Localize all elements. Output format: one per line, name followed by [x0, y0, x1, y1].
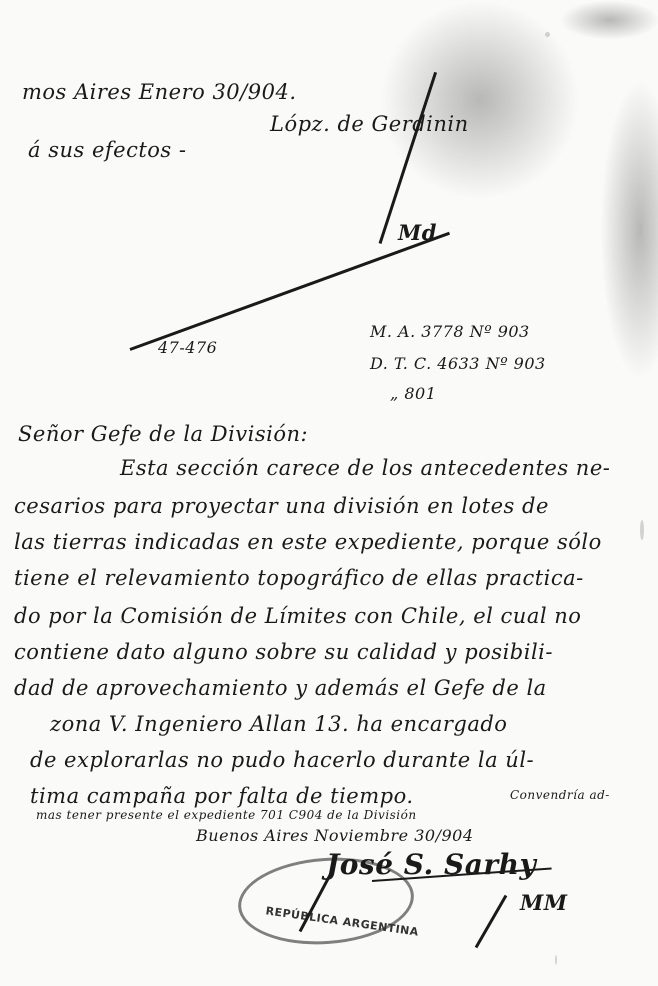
paper-stain	[560, 0, 658, 40]
document-page: mos Aires Enero 30/904. Lópz. de Gerdini…	[0, 0, 658, 986]
body-line: do por la Comisión de Límites con Chile,…	[14, 604, 581, 628]
signature-flourish	[475, 895, 508, 948]
body-line: dad de aprovechamiento y además el Gefe …	[14, 676, 547, 700]
salutation: Señor Gefe de la División:	[18, 422, 308, 446]
bottom-initials: MM	[520, 890, 568, 915]
paper-speck	[120, 620, 123, 623]
paper-speck	[640, 520, 644, 540]
body-line: tima campaña por falta de tiempo.	[30, 784, 414, 808]
body-line: contiene dato alguno sobre su calidad y …	[14, 640, 553, 664]
body-line: las tierras indicadas en este expediente…	[14, 530, 602, 554]
reference-3: „ 801	[390, 384, 436, 403]
paper-speck	[555, 955, 557, 965]
place-date: Buenos Aires Noviembre 30/904	[196, 826, 474, 845]
body-line: Esta sección carece de los antecedentes …	[120, 456, 610, 480]
paper-stain	[380, 0, 580, 200]
top-note-line3: á sus efectos -	[28, 138, 186, 162]
reference-1: M. A. 3778 Nº 903	[370, 322, 530, 341]
body-line: zona V. Ingeniero Allan 13. ha encargado	[50, 712, 507, 736]
body-line: cesarios para proyectar una división en …	[14, 494, 549, 518]
marginal-note: Convendría ad-	[510, 788, 610, 802]
paper-stain	[600, 80, 658, 380]
body-line: tiene el relevamiento topográfico de ell…	[14, 566, 584, 590]
paper-speck	[545, 32, 550, 37]
marginal-note: mas tener presente el expediente 701 C90…	[36, 808, 417, 822]
body-line: de explorarlas no pudo hacerlo durante l…	[30, 748, 534, 772]
top-note-line2: Lópz. de Gerdinin	[270, 112, 469, 136]
reference-2: D. T. C. 4633 Nº 903	[370, 354, 546, 373]
file-number: 47-476	[158, 338, 217, 357]
top-note-line1: mos Aires Enero 30/904.	[22, 80, 297, 104]
